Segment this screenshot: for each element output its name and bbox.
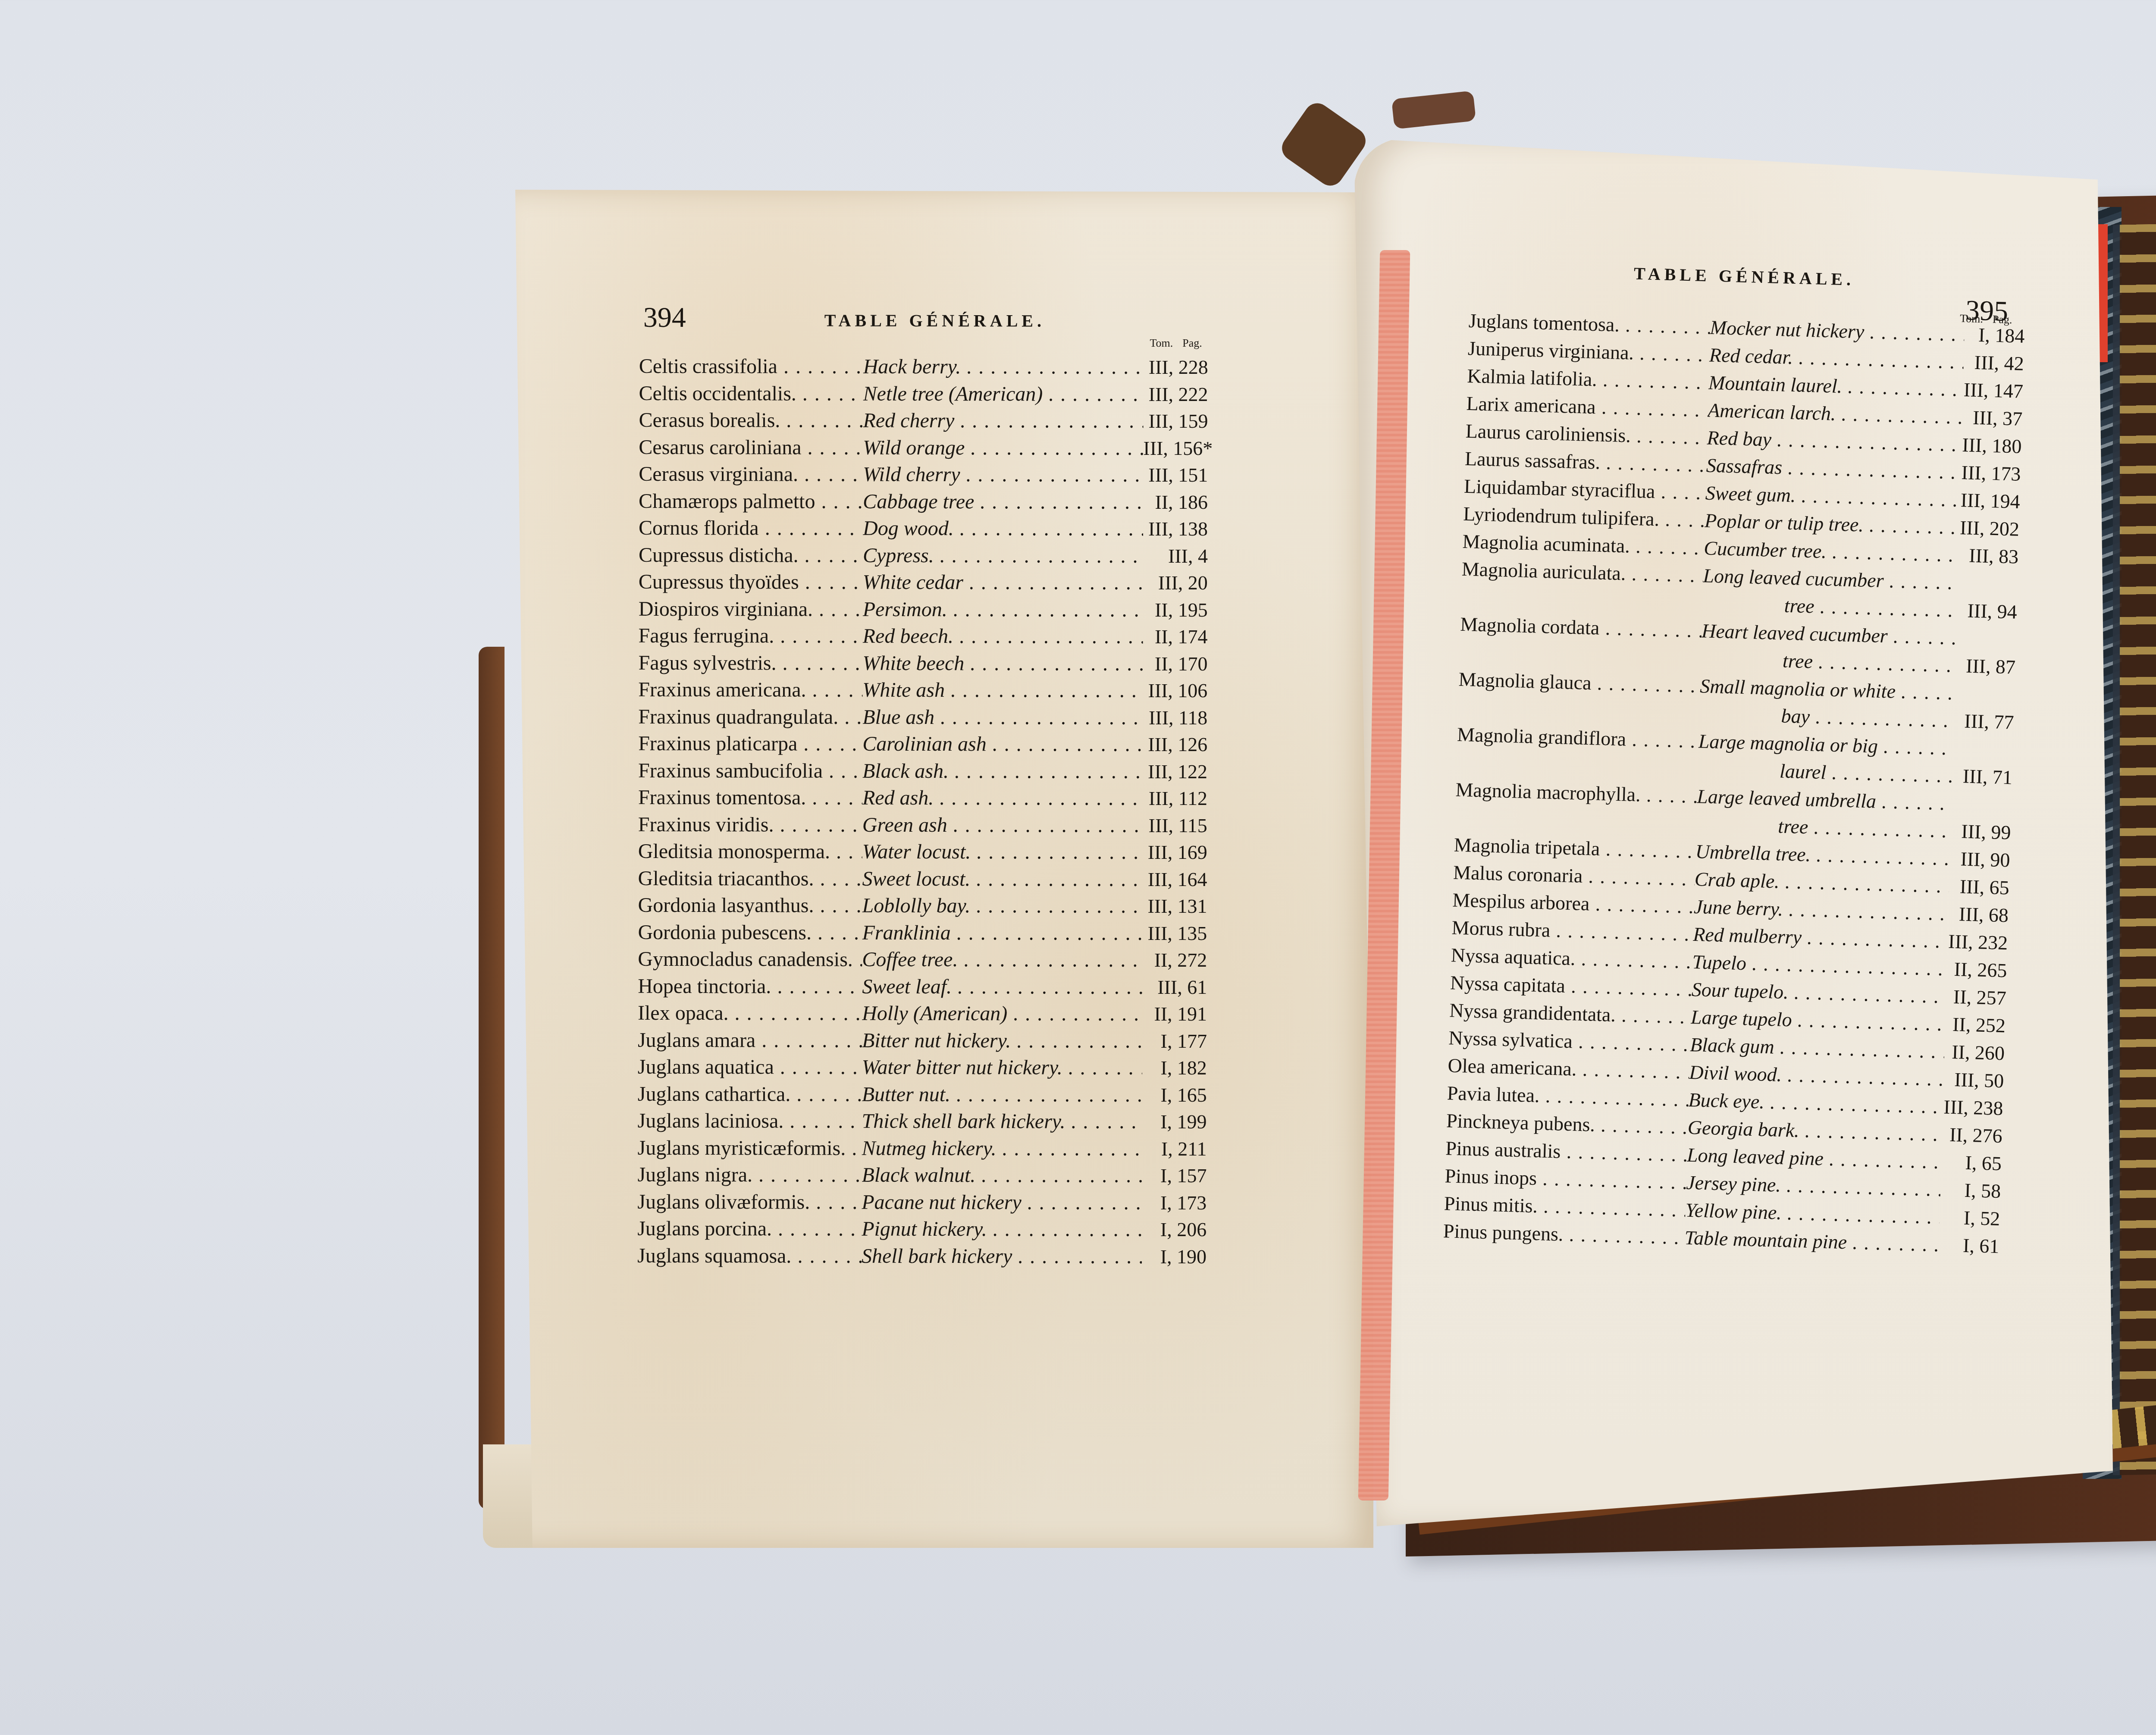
volume-page-ref: I, 177 bbox=[1142, 1027, 1207, 1055]
latin-name: Gleditsia monosperma. bbox=[638, 838, 862, 865]
common-name: Wild cherry bbox=[863, 461, 1143, 489]
volume-page-ref: III, 50 bbox=[1943, 1065, 2004, 1095]
volume-page-ref: III, 71 bbox=[1952, 762, 2013, 792]
index-entry: Fraxinus quadrangulata.Blue ashIII, 118 bbox=[638, 703, 1207, 731]
common-name: White cedar bbox=[863, 569, 1143, 597]
index-entry: Juglans porcina.Pignut hickery.I, 206 bbox=[637, 1215, 1206, 1243]
running-head-title: TABLE GÉNÉRALE. bbox=[824, 310, 1045, 331]
volume-page-ref: I, 206 bbox=[1142, 1216, 1206, 1243]
index-entry: Fagus sylvestris.White beechII, 170 bbox=[638, 649, 1207, 677]
common-name: Red cherry bbox=[863, 407, 1143, 435]
latin-name: Juglans nigra. bbox=[637, 1162, 862, 1189]
volume-page-ref: III, 138 bbox=[1143, 516, 1208, 543]
volume-page-ref bbox=[1954, 700, 2015, 702]
volume-page-ref: I, 165 bbox=[1142, 1081, 1207, 1109]
index-entry: Juglans cathartica.Butter nut.I, 165 bbox=[638, 1080, 1207, 1109]
volume-page-ref: III, 147 bbox=[1962, 376, 2024, 405]
index-entry: Fraxinus platicarpaCarolinian ashIII, 12… bbox=[638, 730, 1207, 758]
index-list: Juglans tomentosa.Mocker nut hickeryI, 1… bbox=[1443, 307, 2025, 1260]
volume-page-ref: II, 276 bbox=[1942, 1121, 2003, 1150]
latin-name: Celtis crassifolia bbox=[639, 353, 863, 380]
latin-name: Juglans cathartica. bbox=[638, 1080, 862, 1108]
latin-name: Celtis occidentalis. bbox=[639, 380, 863, 407]
index-entry: Cerasus borealis.Red cherryIII, 159 bbox=[639, 407, 1208, 435]
latin-name: Juglans squamosa. bbox=[637, 1242, 862, 1269]
volume-page-ref: II, 191 bbox=[1142, 1001, 1207, 1028]
index-entry: Fraxinus americana.White ashIII, 106 bbox=[638, 676, 1207, 705]
index-entry: Celtis crassifoliaHack berry.III, 228 bbox=[639, 353, 1208, 381]
latin-name: Fagus sylvestris. bbox=[638, 649, 862, 676]
common-name: Shell bark hickery bbox=[862, 1243, 1142, 1270]
volume-page-ref: III, 77 bbox=[1953, 707, 2015, 736]
latin-name: Juglans amara bbox=[638, 1027, 862, 1054]
common-name: White beech bbox=[862, 650, 1143, 677]
index-entry: Juglans aquaticaWater bitter nut hickery… bbox=[638, 1054, 1207, 1082]
common-name: Coffee tree. bbox=[862, 946, 1142, 974]
volume-page-ref: I, 61 bbox=[1939, 1231, 2000, 1260]
index-entry: Juglans olivæformis.Pacane nut hickeryI,… bbox=[637, 1188, 1206, 1216]
volume-page-ref: III, 87 bbox=[1955, 652, 2016, 681]
index-entry: Chamærops palmettoCabbage treeII, 186 bbox=[639, 488, 1208, 516]
volume-page-ref: I, 65 bbox=[1941, 1148, 2002, 1178]
volume-page-ref: I, 199 bbox=[1142, 1109, 1207, 1136]
volume-page-ref: II, 186 bbox=[1143, 489, 1208, 516]
volume-page-ref: I, 173 bbox=[1142, 1189, 1206, 1216]
volume-page-ref bbox=[1955, 645, 2016, 646]
volume-page-ref: I, 52 bbox=[1939, 1203, 2000, 1233]
common-name: Wild orange bbox=[863, 434, 1143, 462]
volume-page-ref: III, 99 bbox=[1950, 817, 2011, 847]
latin-name: Hopea tinctoria. bbox=[638, 973, 862, 1000]
latin-name: Cesarus caroliniana bbox=[639, 434, 863, 461]
photo-scene: 394 TABLE GÉNÉRALE. Tom. Pag. Celtis cra… bbox=[0, 0, 2156, 1735]
index-entry: Fraxinus viridis.Green ashIII, 115 bbox=[638, 811, 1207, 839]
common-name: Holly (American) bbox=[862, 1000, 1142, 1028]
common-name: Red ash. bbox=[862, 785, 1143, 812]
latin-name: Juglans porcina. bbox=[637, 1215, 862, 1243]
index-entry: Juglans myristicæformis.Nutmeg hickery.I… bbox=[637, 1134, 1206, 1162]
latin-name: Cupressus disticha. bbox=[639, 542, 863, 569]
gilt-tooled-cover-edge bbox=[2113, 224, 2156, 1475]
volume-page-ref: I, 190 bbox=[1142, 1243, 1206, 1270]
latin-name: Gleditsia triacanthos. bbox=[638, 865, 862, 892]
page-number: 394 bbox=[643, 301, 686, 334]
common-name: Green ash bbox=[862, 811, 1143, 839]
common-name: Black ash. bbox=[862, 758, 1143, 785]
volume-page-ref: I, 58 bbox=[1940, 1176, 2001, 1205]
common-name: Carolinian ash bbox=[862, 731, 1143, 758]
volume-page-ref: III, 169 bbox=[1143, 839, 1207, 866]
common-name: Sweet leaf. bbox=[862, 973, 1142, 1001]
volume-page-ref: II, 272 bbox=[1142, 947, 1207, 974]
volume-page-ref: III, 122 bbox=[1143, 758, 1207, 785]
common-name: Water bitter nut hickery. bbox=[862, 1054, 1142, 1082]
volume-page-ref: III, 4 bbox=[1143, 542, 1208, 570]
volume-page-ref: II, 170 bbox=[1143, 650, 1207, 677]
common-name: Black walnut. bbox=[862, 1162, 1142, 1190]
volume-page-ref: III, 164 bbox=[1143, 866, 1207, 893]
volume-page-ref: II, 195 bbox=[1143, 596, 1208, 623]
latin-name: Fraxinus sambucifolia bbox=[638, 757, 862, 784]
latin-name: Gordonia pubescens. bbox=[638, 919, 862, 946]
index-entry: Fraxinus sambucifoliaBlack ash.III, 122 bbox=[638, 757, 1207, 785]
index-entry: Cornus floridaDog wood.III, 138 bbox=[639, 515, 1208, 543]
volume-page-ref: III, 118 bbox=[1143, 704, 1207, 731]
index-entry: Gymnocladus canadensis.Coffee tree.II, 2… bbox=[638, 946, 1207, 974]
volume-page-ref: II, 260 bbox=[1944, 1038, 2005, 1067]
latin-name: Fraxinus americana. bbox=[638, 676, 862, 704]
latin-name: Cerasus virginiana. bbox=[639, 461, 863, 488]
volume-page-ref: III, 194 bbox=[1959, 486, 2021, 516]
common-name: Franklinia bbox=[862, 919, 1142, 947]
latin-name: Fraxinus quadrangulata. bbox=[638, 703, 862, 730]
index-entry: Cesarus carolinianaWild orangeIII, 156* bbox=[639, 434, 1208, 462]
volume-page-ref: I, 182 bbox=[1142, 1055, 1207, 1082]
common-name: Pacane nut hickery bbox=[862, 1189, 1142, 1216]
volume-page-ref: II, 252 bbox=[1945, 1010, 2006, 1040]
volume-page-ref: II, 265 bbox=[1946, 955, 2008, 984]
common-name: Persimon. bbox=[863, 596, 1143, 623]
common-name: Loblolly bay. bbox=[862, 893, 1142, 920]
volume-page-ref: II, 257 bbox=[1946, 983, 2007, 1012]
volume-page-ref: III, 135 bbox=[1142, 920, 1207, 947]
volume-page-ref: III, 222 bbox=[1144, 381, 1208, 408]
volume-page-ref: III, 90 bbox=[1949, 845, 2011, 874]
volume-page-ref: III, 232 bbox=[1947, 928, 2008, 957]
latin-name: Juglans aquatica bbox=[638, 1054, 862, 1081]
volume-page-ref: I, 211 bbox=[1142, 1135, 1206, 1162]
index-entry: Cupressus thyoïdesWhite cedarIII, 20 bbox=[639, 569, 1208, 597]
common-name: Bitter nut hickery. bbox=[862, 1027, 1142, 1055]
volume-page-ref bbox=[1951, 810, 2012, 812]
volume-page-ref bbox=[1957, 589, 2018, 591]
headband-right bbox=[1391, 91, 1476, 129]
common-name: Water locust. bbox=[862, 839, 1143, 866]
common-name: Dog wood. bbox=[863, 515, 1143, 543]
latin-name: Cornus florida bbox=[639, 515, 863, 542]
volume-page-ref: III, 20 bbox=[1143, 570, 1208, 597]
latin-name: Fraxinus tomentosa. bbox=[638, 784, 862, 811]
left-page-content: 394 TABLE GÉNÉRALE. Tom. Pag. Celtis cra… bbox=[637, 301, 1208, 1270]
latin-name: Diospiros virginiana. bbox=[639, 595, 863, 623]
volume-page-ref bbox=[1952, 755, 2013, 757]
left-cover-edge bbox=[479, 647, 505, 1509]
page-number: 395 bbox=[1965, 294, 2009, 328]
index-entry: Ilex opaca.Holly (American)II, 191 bbox=[638, 1000, 1207, 1028]
common-name: Butter nut. bbox=[862, 1081, 1142, 1109]
common-name: White ash bbox=[862, 677, 1143, 705]
left-running-head: 394 TABLE GÉNÉRALE. bbox=[639, 301, 1208, 350]
volume-page-ref: III, 65 bbox=[1949, 873, 2010, 902]
latin-name: Fraxinus viridis. bbox=[638, 811, 862, 838]
latin-name: Fraxinus platicarpa bbox=[638, 730, 862, 758]
index-entry: Diospiros virginiana.Persimon.II, 195 bbox=[639, 595, 1208, 623]
volume-page-ref: III, 115 bbox=[1143, 812, 1207, 839]
latin-name: Ilex opaca. bbox=[638, 1000, 862, 1027]
volume-page-ref: III, 180 bbox=[1961, 431, 2022, 460]
index-entry: Juglans squamosa.Shell bark hickeryI, 19… bbox=[637, 1242, 1206, 1270]
latin-name: Juglans laciniosa. bbox=[638, 1108, 862, 1135]
common-name: Sweet locust. bbox=[862, 865, 1143, 893]
volume-page-ref: III, 94 bbox=[1956, 597, 2018, 626]
latin-name: Juglans olivæformis. bbox=[637, 1188, 862, 1215]
volume-page-ref: III, 42 bbox=[1963, 348, 2024, 378]
right-page-content: TABLE GÉNÉRALE. 395 Tom. Pag. Juglans to… bbox=[1443, 259, 2026, 1260]
index-entry: Fagus ferrugina.Red beech.II, 174 bbox=[639, 623, 1208, 651]
index-entry: Juglans amaraBitter nut hickery.I, 177 bbox=[638, 1027, 1207, 1055]
index-entry: Hopea tinctoria.Sweet leaf.III, 61 bbox=[638, 973, 1207, 1001]
common-name: Thick shell bark hickery. bbox=[862, 1108, 1142, 1136]
volume-page-ref: III, 202 bbox=[1959, 514, 2020, 543]
index-entry: Cerasus virginiana.Wild cherryIII, 151 bbox=[639, 461, 1208, 489]
common-name: Red beech. bbox=[863, 623, 1143, 651]
latin-name: Juglans myristicæformis. bbox=[637, 1134, 862, 1162]
volume-page-ref: III, 151 bbox=[1143, 462, 1208, 489]
volume-page-ref: III, 131 bbox=[1142, 893, 1207, 920]
common-name: Netle tree (American) bbox=[863, 380, 1144, 408]
common-name: Cabbage tree bbox=[863, 488, 1143, 516]
common-name: Nutmeg hickery. bbox=[862, 1135, 1142, 1162]
index-entry: Gordonia pubescens.FrankliniaIII, 135 bbox=[638, 919, 1207, 947]
volume-page-ref: II, 174 bbox=[1143, 623, 1208, 651]
index-entry: Gordonia lasyanthus.Loblolly bay.III, 13… bbox=[638, 892, 1207, 920]
index-entry: Juglans laciniosa.Thick shell bark hicke… bbox=[638, 1108, 1207, 1136]
common-name: Cypress. bbox=[863, 542, 1143, 570]
volume-page-ref: III, 106 bbox=[1143, 677, 1207, 705]
volume-page-ref: III, 228 bbox=[1144, 354, 1208, 381]
volume-page-ref: I, 157 bbox=[1142, 1162, 1206, 1190]
index-entry: Fraxinus tomentosa.Red ash.III, 112 bbox=[638, 784, 1207, 812]
latin-name: Cerasus borealis. bbox=[639, 407, 863, 434]
volume-page-ref: III, 159 bbox=[1143, 408, 1208, 435]
volume-page-ref: III, 173 bbox=[1960, 459, 2021, 488]
index-entry: Juglans nigra.Black walnut.I, 157 bbox=[637, 1162, 1206, 1190]
index-entry: Gleditsia monosperma.Water locust.III, 1… bbox=[638, 838, 1207, 866]
volume-page-ref: III, 156* bbox=[1143, 435, 1208, 462]
volume-page-ref: III, 126 bbox=[1143, 731, 1207, 758]
common-name: Hack berry. bbox=[863, 354, 1144, 381]
latin-name: Gordonia lasyanthus. bbox=[638, 892, 862, 919]
index-entry: Gleditsia triacanthos.Sweet locust.III, … bbox=[638, 865, 1207, 893]
latin-name: Fagus ferrugina. bbox=[639, 623, 863, 650]
index-entry: Cupressus disticha.Cypress.III, 4 bbox=[639, 542, 1208, 570]
latin-name: Cupressus thyoïdes bbox=[639, 569, 863, 596]
latin-name: Chamærops palmetto bbox=[639, 488, 863, 515]
volume-page-ref: III, 83 bbox=[1958, 542, 2019, 571]
common-name: Pignut hickery. bbox=[862, 1216, 1142, 1243]
index-list: Celtis crassifoliaHack berry.III, 228Cel… bbox=[637, 353, 1208, 1270]
latin-name: Gymnocladus canadensis. bbox=[638, 946, 862, 973]
volume-page-ref: III, 61 bbox=[1142, 974, 1207, 1001]
volume-page-ref: III, 112 bbox=[1143, 785, 1207, 812]
index-entry: Celtis occidentalis.Netle tree (American… bbox=[639, 380, 1208, 408]
volume-page-ref: III, 68 bbox=[1948, 900, 2009, 930]
common-name: Blue ash bbox=[862, 704, 1143, 731]
volume-page-ref: III, 37 bbox=[1962, 404, 2023, 433]
volume-page-ref: III, 238 bbox=[1943, 1093, 2004, 1122]
